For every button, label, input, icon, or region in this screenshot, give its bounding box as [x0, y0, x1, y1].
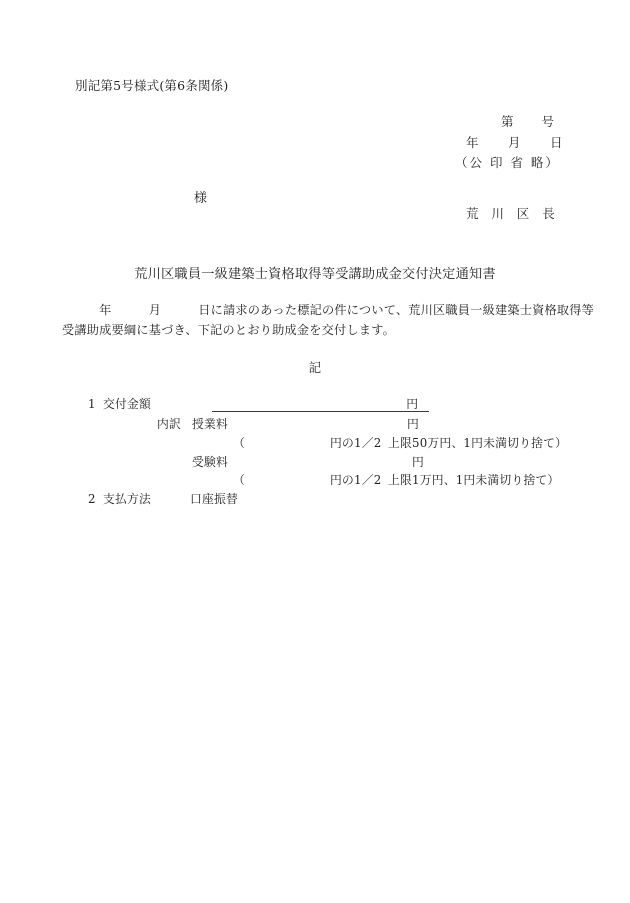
body-line-2: 受講助成要綱に基づき、下記のとおり助成金を交付します。	[62, 323, 395, 338]
tuition-unit: 円	[407, 417, 419, 432]
item2-value: 口座振替	[190, 492, 238, 507]
document-page: 別記第5号様式(第6条関係) 第 号 年 月 日 （公 印 省 略） 様 荒 川…	[0, 0, 630, 903]
exam-note-cap: 上限1万円、1円未満切り捨て）	[388, 473, 559, 488]
exam-note-formula: 円の1／2	[330, 473, 381, 488]
form-reference: 別記第5号様式(第6条関係)	[75, 78, 228, 93]
document-title: 荒川区職員一級建築士資格取得等受講助成金交付決定通知書	[0, 267, 630, 282]
exam-fee-label: 受験料	[192, 455, 228, 470]
record-marker: 記	[0, 360, 630, 375]
grant-amount-blank-field: 円	[212, 397, 429, 412]
seal-omitted-note: （公 印 省 略）	[455, 155, 560, 170]
doc-number: 第 号	[501, 114, 555, 129]
item1-label: 交付金額	[103, 397, 151, 412]
breakdown-label: 内訳	[157, 417, 181, 432]
item1-number: 1	[88, 397, 96, 412]
sender-name: 荒 川 区 長	[466, 206, 555, 221]
issue-date: 年 月 日	[466, 135, 564, 150]
tuition-note-open-paren: （	[233, 436, 245, 451]
item2-label: 支払方法	[103, 492, 151, 507]
exam-note-open-paren: （	[233, 473, 245, 488]
grant-amount-unit: 円	[406, 397, 418, 412]
tuition-label: 授業料	[192, 417, 228, 432]
exam-fee-unit: 円	[412, 455, 424, 470]
tuition-note-formula: 円の1／2	[330, 436, 381, 451]
item2-number: 2	[88, 492, 96, 507]
tuition-note-cap: 上限50万円、1円未満切り捨て）	[388, 436, 567, 451]
body-line-1: 年 月 日に請求のあった標記の件について、荒川区職員一級建築士資格取得等	[62, 303, 594, 318]
recipient-suffix: 様	[194, 191, 207, 206]
